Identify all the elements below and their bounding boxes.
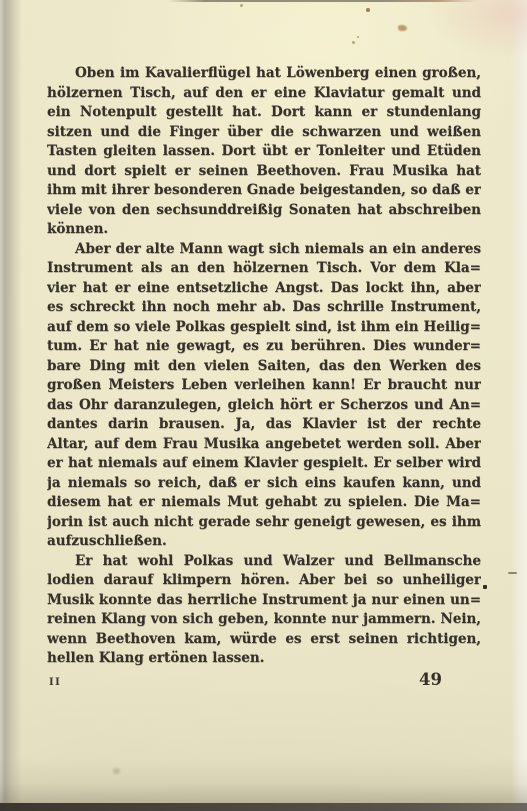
foxing-speck [352,41,355,44]
bottom-scan-edge [0,803,527,811]
text-line: Tasten gleiten lassen. Dort übt er Tonle… [47,142,481,162]
text-line: reinen Klang von sich geben, konnte nur … [47,610,481,630]
bottom-page-curve-shadow [0,758,527,804]
text-line: können. [47,220,481,240]
paragraph: Oben im Kavalierflügel hat Löwenberg ein… [47,64,481,240]
text-line: viele von den sechsunddreißig Sonaten ha… [47,201,481,221]
top-right-discoloration [407,0,527,90]
foxing-speck [357,36,359,38]
text-line: Musik konnte das herrliche Instrument ja… [47,591,481,611]
paragraph: Er hat wohl Polkas und Walzer und Bellma… [47,552,481,669]
text-line: sitzen und die Finger über die schwarzen… [47,123,481,143]
text-line: das Ohr daranzulegen, gleich hört er Sch… [47,396,481,416]
text-line: es schreckt ihn noch mehr ab. Das schril… [47,298,481,318]
text-line: vier hat er eine entsetzliche Angst. Das… [47,279,481,299]
text-line: hellen Klang ertönen lassen. [47,649,481,669]
ink-spot [483,585,487,589]
text-line: lodien darauf klimpern hören. Aber bei s… [47,571,481,591]
scanned-book-page: { "document": { "language": "German (Fra… [0,0,527,811]
text-line: großen Meisters Leben verleihen kann! Er… [47,376,481,396]
page-number: 49 [419,670,442,689]
signature-mark: II [49,677,61,688]
text-line: Aber der alte Mann wagt sich niemals an … [47,240,481,260]
paragraph: Aber der alte Mann wagt sich niemals an … [47,240,481,552]
foxing-speck [240,4,243,7]
text-line: aufzuschließen. [47,532,481,552]
smudge-mark [113,768,120,774]
book-page: Oben im Kavalierflügel hat Löwenberg ein… [0,0,527,811]
text-line: ja niemals so reich, daß er sich eins ka… [47,474,481,494]
foxing-speck [398,25,407,31]
text-line: er hat niemals auf einem Klavier gespiel… [47,454,481,474]
left-gutter-shadow [0,0,22,811]
text-line: Altar, auf dem Frau Musika angebetet wer… [47,435,481,455]
text-line: bare Ding mit den vielen Saiten, das den… [47,357,481,377]
text-line: Er hat wohl Polkas und Walzer und Bellma… [47,552,481,572]
text-line: tum. Er hat nie gewagt, es zu berühren. … [47,337,481,357]
text-line: jorin ist auch nicht gerade sehr geneigt… [47,513,481,533]
text-line: Instrument als an den hölzernen Tisch. V… [47,259,481,279]
foxing-speck [366,8,370,12]
text-line: dantes darin brausen. Ja, das Klavier is… [47,415,481,435]
text-line: ihm mit ihrer besonderen Gnade beigestan… [47,181,481,201]
text-line: wenn Beethoven kam, würde es erst seinen… [47,630,481,650]
text-line: und dort spielt er seinen Beethoven. Fra… [47,162,481,182]
text-line: auf dem so viele Polkas gespielt sind, i… [47,318,481,338]
text-line: diesem hat er niemals Mut gehabt zu spie… [47,493,481,513]
page-text: Oben im Kavalierflügel hat Löwenberg ein… [47,64,481,669]
edge-mark [508,572,517,574]
right-page-edge-highlight [511,0,527,811]
text-line: ein Notenpult gestellt hat. Dort kann er… [47,103,481,123]
